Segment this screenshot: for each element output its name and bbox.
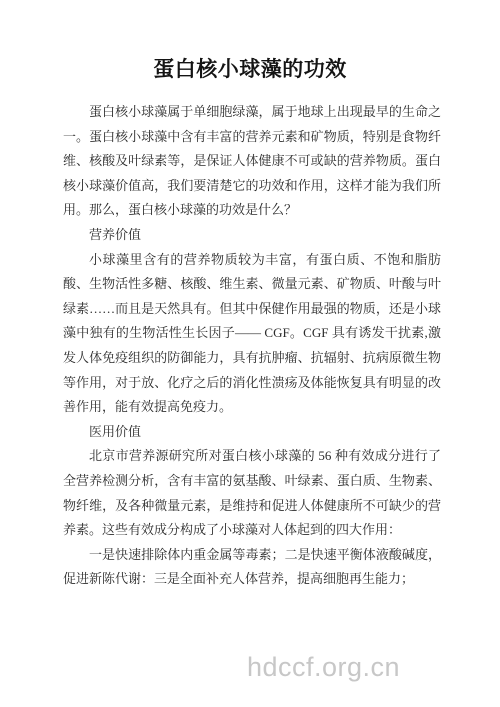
paragraph: 蛋白核小球藻属于单细胞绿藻，属于地球上出现最早的生命之一。蛋白核小球藻中含有丰富… <box>63 100 441 223</box>
paragraph: 一是快速排除体内重金属等毒素；二是快速平衡体液酸碱度，促进新陈代谢：三是全面补充… <box>63 543 441 592</box>
watermark-text: hdccf.org.cn <box>247 651 400 683</box>
paragraph: 医用价值 <box>63 420 441 445</box>
paragraph: 小球藻里含有的营养物质较为丰富，有蛋白质、不饱和脂肪酸、生物活性多糖、核酸、维生… <box>63 248 441 420</box>
paragraph: 营养价值 <box>63 223 441 248</box>
paragraph: 北京市营养源研究所对蛋白核小球藻的 56 种有效成分进行了全营养检测分析，含有丰… <box>63 444 441 542</box>
document-page: 蛋白核小球藻的功效 蛋白核小球藻属于单细胞绿藻，属于地球上出现最早的生命之一。蛋… <box>0 0 500 707</box>
document-body: 蛋白核小球藻属于单细胞绿藻，属于地球上出现最早的生命之一。蛋白核小球藻中含有丰富… <box>63 100 441 592</box>
document-title: 蛋白核小球藻的功效 <box>0 55 500 85</box>
